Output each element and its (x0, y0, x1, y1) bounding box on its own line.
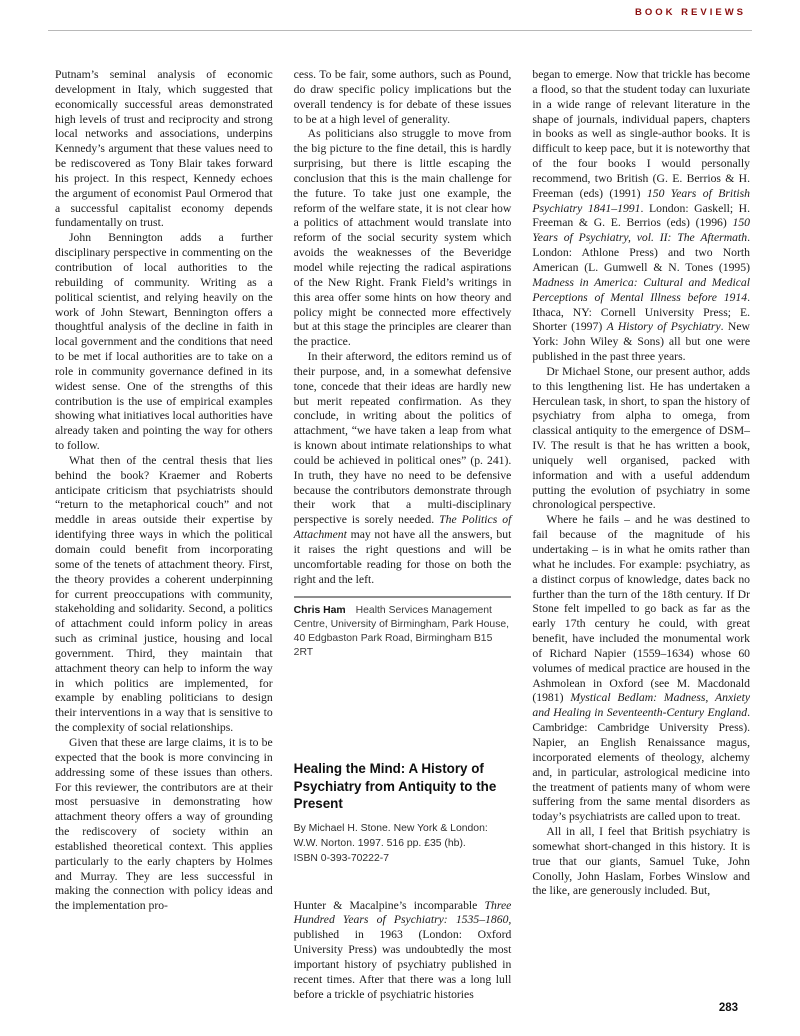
review1-col2-paragraphs: cess. To be fair, some authors, such as … (294, 68, 512, 588)
book-imprint: By Michael H. Stone. New York & London: … (294, 821, 512, 867)
paragraph: Given that these are large claims, it is… (55, 736, 273, 914)
header-rule-divider (48, 30, 752, 31)
review2-col3-paragraphs: began to emerge. Now that trickle has be… (532, 68, 750, 899)
journal-page: BOOK REVIEWS Putnam’s seminal analysis o… (0, 0, 800, 1036)
reviewer-name: Chris Ham (294, 605, 356, 616)
paragraph: cess. To be fair, some authors, such as … (294, 68, 512, 127)
paragraph: In their afterword, the editors remind u… (294, 350, 512, 588)
reviewer-byline: Chris HamHealth Services Management Cent… (294, 604, 512, 661)
review1-col1-paragraphs: Putnam’s seminal analysis of economic de… (55, 68, 273, 914)
book-review-title: Healing the Mind: A History of Psychiatr… (294, 760, 512, 812)
paragraph: John Bennington adds a further disciplin… (55, 231, 273, 454)
paragraph: Putnam’s seminal analysis of economic de… (55, 68, 273, 231)
paragraph: What then of the central thesis that lie… (55, 454, 273, 736)
imprint-publisher-line: By Michael H. Stone. New York & London: … (294, 821, 512, 851)
byline-rule-divider (294, 596, 512, 598)
imprint-isbn-line: ISBN 0-393-70222-7 (294, 851, 512, 866)
three-column-text-block: Putnam’s seminal analysis of economic de… (55, 68, 750, 1002)
text-column-3: began to emerge. Now that trickle has be… (532, 68, 750, 1002)
paragraph: Where he fails – and he was destined to … (532, 513, 750, 825)
paragraph: Hunter & Macalpine’s incomparable Three … (294, 899, 512, 1003)
page-number: 283 (719, 1002, 738, 1014)
paragraph: As politicians also struggle to move fro… (294, 127, 512, 350)
paragraph: began to emerge. Now that trickle has be… (532, 68, 750, 365)
paragraph: Dr Michael Stone, our present author, ad… (532, 365, 750, 513)
paragraph: All in all, I feel that British psychiat… (532, 825, 750, 899)
text-column-2: cess. To be fair, some authors, such as … (294, 68, 512, 1002)
text-column-1: Putnam’s seminal analysis of economic de… (55, 68, 273, 1002)
review2-col2-paragraphs: Hunter & Macalpine’s incomparable Three … (294, 899, 512, 1003)
running-head-book-reviews: BOOK REVIEWS (635, 7, 746, 18)
